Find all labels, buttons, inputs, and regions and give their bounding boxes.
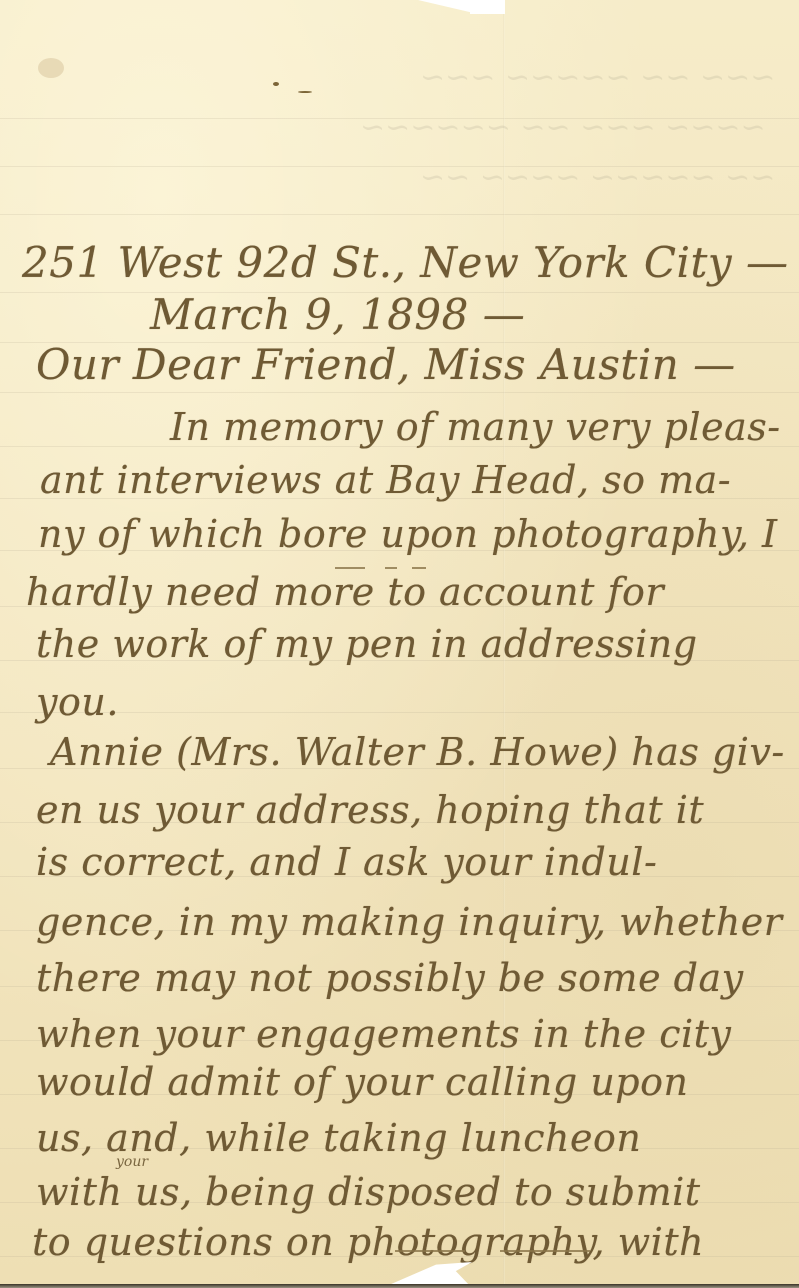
letter-line: you. <box>36 680 119 724</box>
letter-line: is correct, and I ask your indul- <box>36 840 657 884</box>
ruled-line <box>0 214 799 215</box>
letter-insertion: your <box>116 1154 148 1170</box>
letter-line: ny of which bore upon photography, I <box>38 512 778 556</box>
bleed-through-text: ~~~ ~~ ~~~~~ ~~~ <box>420 60 775 95</box>
letter-line: ant interviews at Bay Head, so ma- <box>40 458 731 502</box>
letter-line: with us, being disposed to submit <box>36 1170 701 1214</box>
letter-line: to questions on photography, with <box>32 1220 704 1264</box>
torn-corner-top <box>470 0 505 14</box>
letter-line: Annie (Mrs. Walter B. Howe) has giv- <box>50 730 785 774</box>
ruled-line <box>0 712 799 713</box>
letter-salutation: Our Dear Friend, Miss Austin — <box>36 340 736 389</box>
bleed-through-text: ~~ ~~~~~ ~~~~ ~~ <box>420 160 775 195</box>
underline-mark <box>385 567 397 569</box>
letter-line: would admit of your calling upon <box>36 1060 688 1104</box>
letter-address: 251 West 92d St., New York City — <box>22 238 788 287</box>
letter-line: the work of my pen in addressing <box>36 622 698 666</box>
letter-line: In memory of many very pleas- <box>170 405 781 449</box>
ink-speck <box>298 91 312 93</box>
letter-line: there may not possibly be some day <box>36 956 744 1000</box>
bleed-through-text: ~~~~ ~~~ ~~ ~~~~~~ <box>360 110 766 145</box>
paper-stain <box>38 58 64 78</box>
letter-line: hardly need more to account for <box>26 570 664 614</box>
torn-corner-top <box>418 0 478 14</box>
scan-bottom-edge <box>0 1284 799 1288</box>
ruled-line <box>0 392 799 393</box>
underline-mark <box>335 567 365 569</box>
underline-mark <box>412 567 426 569</box>
ink-speck <box>273 82 279 86</box>
letter-line: en us your address, hoping that it <box>36 788 704 832</box>
letter-line: when your engagements in the city <box>36 1012 731 1056</box>
letter-page: ~~~ ~~ ~~~~~ ~~~ ~~~~ ~~~ ~~ ~~~~~~ ~~ ~… <box>0 0 799 1288</box>
letter-line: gence, in my making inquiry, whether <box>36 900 782 944</box>
underline-mark <box>395 1250 465 1252</box>
letter-date: March 9, 1898 — <box>150 290 525 339</box>
underline-mark <box>500 1250 590 1252</box>
